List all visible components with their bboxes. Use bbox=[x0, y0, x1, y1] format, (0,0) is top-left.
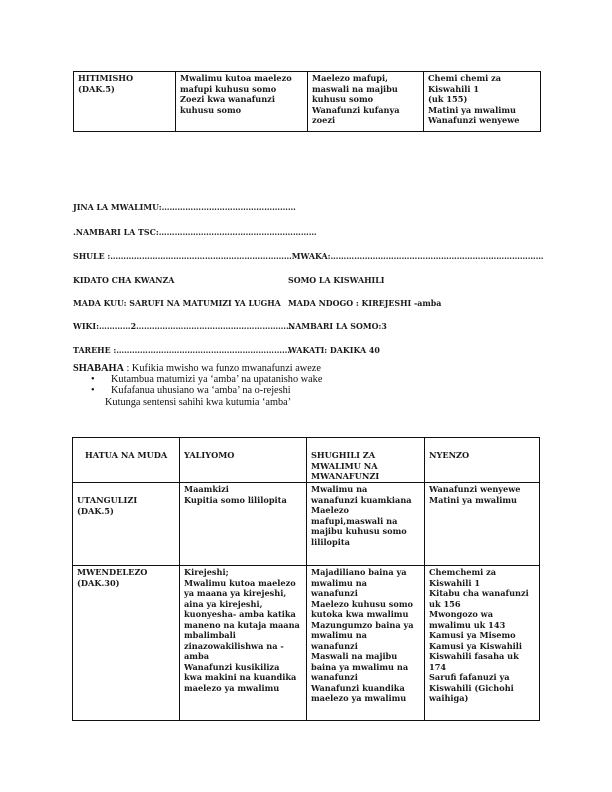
cell-text-line: Matini ya mwalimu bbox=[429, 495, 535, 506]
cell-text-line: majibu kuhusu somo bbox=[311, 526, 420, 537]
cell-text-line: mbalimbali bbox=[184, 630, 302, 641]
cell-text-line: maneno na kutaja maana bbox=[184, 620, 302, 631]
cell-text-line: Kiswahili 1 bbox=[429, 578, 535, 589]
bullet-icon: • bbox=[91, 385, 95, 396]
cell-text-line: Kamusi ya Kiswahili bbox=[429, 641, 535, 652]
cell-text-line: Kiswahili fasaha uk bbox=[429, 651, 535, 662]
cell-text-line: wanafunzi bbox=[311, 672, 420, 683]
header-nyenzo: NYENZO bbox=[425, 438, 540, 483]
objective-extra: Kutunga sentensi sahihi kwa kutumia ‘amb… bbox=[73, 397, 322, 408]
cell-text-line: (DAK.5) bbox=[77, 506, 175, 517]
teacher-name-field: JINA LA MWALIMU:…………………………………………… bbox=[73, 203, 296, 212]
cell-text-line: ya maana ya kirejeshi, bbox=[184, 588, 302, 599]
cell-text-line: Maelezo kuhusu somo bbox=[311, 599, 420, 610]
duration-label: WAKATI: DAKIKA 40 bbox=[288, 346, 380, 355]
cell-text-line: Matini ya mwalimu bbox=[428, 105, 536, 116]
cell-text-line: waihiga) bbox=[429, 693, 535, 704]
cell-nyenzo: Wanafunzi wenyeweMatini ya mwalimu bbox=[425, 483, 540, 566]
cell-text-line: Mwongozo wa bbox=[429, 609, 535, 620]
cell-text-line: Maswali na majibu bbox=[311, 651, 420, 662]
cell-yaliyomo: MaamkiziKupitia somo lililopita bbox=[180, 483, 307, 566]
cell-text-line: Mwalimu na bbox=[311, 484, 420, 495]
table-header-row: HATUA NA MUDA YALIYOMO SHUGHILI ZAMWALIM… bbox=[73, 438, 540, 483]
cell-text-line: Kamusi ya Misemo bbox=[429, 630, 535, 641]
cell-text-line: mafupi,maswali na bbox=[311, 516, 420, 527]
cell-text-line: Wanafunzi kusikiliza bbox=[184, 662, 302, 673]
lesson-plan-table: HATUA NA MUDA YALIYOMO SHUGHILI ZAMWALIM… bbox=[72, 437, 540, 721]
cell-text-line: HITIMISHO bbox=[78, 73, 171, 84]
cell-text-line: kutoka kwa mwalimu bbox=[311, 609, 420, 620]
cell-text-line: Mwalimu kutoa maelezo bbox=[180, 73, 303, 84]
cell-text-line: amba bbox=[184, 651, 302, 662]
cell-text-line: baina ya mwalimu na bbox=[311, 662, 420, 673]
objectives-section: SHABAHA : Kufikia mwisho wa funzo mwanaf… bbox=[73, 363, 322, 408]
cell-hatua: UTANGULIZI(DAK.5) bbox=[73, 483, 180, 566]
cell-text-line: uk 156 bbox=[429, 599, 535, 610]
bullet-icon: • bbox=[91, 374, 95, 385]
cell-text-line: UTANGULIZI bbox=[77, 495, 175, 506]
cell-text-line: Chemchemi za bbox=[429, 567, 535, 578]
cell-text-line: kuonyesha- amba katika bbox=[184, 609, 302, 620]
cell-text-line: Wanafunzi wenyewe bbox=[428, 115, 536, 126]
header-yaliyomo: YALIYOMO bbox=[180, 438, 307, 483]
list-item: •Kutambua matumizi ya ‘amba’ na upatanis… bbox=[73, 374, 322, 385]
cell-text-line: mwalimu uk 143 bbox=[429, 620, 535, 631]
cell-text-line: maelezo ya mwalimu bbox=[184, 683, 302, 694]
cell-text-line: Kiswahili 1 bbox=[428, 84, 536, 95]
cell-text-line: kuhusu somo bbox=[180, 105, 303, 116]
lesson-number-label: NAMBARI LA SOMO:3 bbox=[288, 322, 387, 331]
cell-yaliyomo: Kirejeshi;Mwalimu kutoa maelezoya maana … bbox=[180, 566, 307, 721]
cell-text-line: mwalimu na bbox=[311, 630, 420, 641]
sub-topic-label: MADA NDOGO : KIREJESHI -amba bbox=[288, 299, 441, 308]
objectives-list: •Kutambua matumizi ya ‘amba’ na upatanis… bbox=[73, 374, 322, 396]
cell-text-line: MWENDELEZO bbox=[77, 567, 175, 578]
cell-shughuli: Maelezo mafupi,maswali na majibukuhusu s… bbox=[308, 72, 424, 132]
list-item: •Kufafanua uhusiano wa ‘amba’ na o-rejes… bbox=[73, 385, 322, 396]
cell-text-line: wanafunzi bbox=[311, 641, 420, 652]
cell-text-line: 174 bbox=[429, 662, 535, 673]
cell-text-line: kuhusu somo bbox=[312, 94, 419, 105]
cell-text-line: Maelezo bbox=[311, 505, 420, 516]
cell-text-line: Majadiliano baina ya bbox=[311, 567, 420, 578]
form-label: KIDATO CHA KWANZA bbox=[73, 276, 174, 285]
cell-text-line: aina ya kirejeshi, bbox=[184, 599, 302, 610]
table-row: HITIMISHO(DAK.5) Mwalimu kutoa maelezoma… bbox=[74, 72, 541, 132]
cell-text-line: Sarufi fafanuzi ya bbox=[429, 672, 535, 683]
cell-shughuli: Mwalimu nawanafunzi kuamkianaMaelezomafu… bbox=[307, 483, 425, 566]
cell-text-line: zoezi bbox=[312, 115, 419, 126]
table-row: UTANGULIZI(DAK.5) MaamkiziKupitia somo l… bbox=[73, 483, 540, 566]
cell-text-line: kwa makini na kuandika bbox=[184, 672, 302, 683]
objectives-label: SHABAHA bbox=[73, 363, 124, 374]
cell-text-line: Chemi chemi za bbox=[428, 73, 536, 84]
cell-text-line: mwalimu na bbox=[311, 578, 420, 589]
cell-text-line: Mazungumzo baina ya bbox=[311, 620, 420, 631]
week-field: WIKI:…………2…………………………………………………… bbox=[73, 322, 294, 331]
cell-text-line: maswali na majibu bbox=[312, 84, 419, 95]
cell-text-line: mafupi kuhusu somo bbox=[180, 84, 303, 95]
table-row: MWENDELEZO(DAK.30) Kirejeshi;Mwalimu kut… bbox=[73, 566, 540, 721]
subject-label: SOMO LA KISWAHILI bbox=[288, 276, 384, 285]
cell-text-line: Maamkizi bbox=[184, 484, 302, 495]
cell-text-line: (uk 155) bbox=[428, 94, 536, 105]
cell-text-line: Mwalimu kutoa maelezo bbox=[184, 578, 302, 589]
cell-nyenzo: Chemchemi zaKiswahili 1Kitabu cha wanafu… bbox=[425, 566, 540, 721]
objectives-intro: SHABAHA : Kufikia mwisho wa funzo mwanaf… bbox=[73, 363, 322, 374]
cell-text-line: MWANAFUNZI bbox=[311, 471, 420, 482]
cell-hatua: HITIMISHO(DAK.5) bbox=[74, 72, 176, 132]
cell-text-line: zinazowakilishwa na - bbox=[184, 641, 302, 652]
cell-text-line: Kitabu cha wanafunzi bbox=[429, 588, 535, 599]
cell-shughuli: Majadiliano baina yamwalimu nawanafunziM… bbox=[307, 566, 425, 721]
date-field: TAREHE :………………………………………………………… bbox=[73, 346, 290, 355]
cell-text-line: Kupitia somo lililopita bbox=[184, 495, 302, 506]
conclusion-table: HITIMISHO(DAK.5) Mwalimu kutoa maelezoma… bbox=[73, 71, 541, 132]
header-hatua: HATUA NA MUDA bbox=[73, 438, 180, 483]
cell-text-line: lililopita bbox=[311, 537, 420, 548]
cell-text-line: Zoezi kwa wanafunzi bbox=[180, 94, 303, 105]
cell-text-line: wanafunzi kuamkiana bbox=[311, 495, 420, 506]
school-year-field: SHULE :……………………………………………………………MWAKA:…………… bbox=[73, 252, 544, 261]
cell-text-line: Kirejeshi; bbox=[184, 567, 302, 578]
main-topic-label: MADA KUU: SARUFI NA MATUMIZI YA LUGHA bbox=[73, 299, 281, 308]
cell-text-line: (DAK.5) bbox=[78, 84, 171, 95]
cell-yaliyomo: Mwalimu kutoa maelezomafupi kuhusu somoZ… bbox=[176, 72, 308, 132]
cell-text-line: maelezo ya mwalimu bbox=[311, 693, 420, 704]
cell-text-line: Wanafunzi wenyewe bbox=[429, 484, 535, 495]
cell-text-line: SHUGHILI ZA bbox=[311, 450, 420, 461]
cell-text-line: wanafunzi bbox=[311, 588, 420, 599]
cell-text-line: Wanafunzi kuandika bbox=[311, 683, 420, 694]
header-shughuli: SHUGHILI ZAMWALIMU NAMWANAFUNZI bbox=[307, 438, 425, 483]
tsc-number-field: .NAMBARI LA TSC:…………………………………………………… bbox=[73, 228, 317, 237]
cell-text-line: MWALIMU NA bbox=[311, 461, 420, 472]
cell-text-line: Wanafunzi kufanya bbox=[312, 105, 419, 116]
cell-nyenzo: Chemi chemi zaKiswahili 1(uk 155)Matini … bbox=[424, 72, 541, 132]
cell-text-line: Maelezo mafupi, bbox=[312, 73, 419, 84]
cell-text-line: Kiswahili (Gichohi bbox=[429, 683, 535, 694]
cell-text-line: (DAK.30) bbox=[77, 578, 175, 589]
cell-hatua: MWENDELEZO(DAK.30) bbox=[73, 566, 180, 721]
